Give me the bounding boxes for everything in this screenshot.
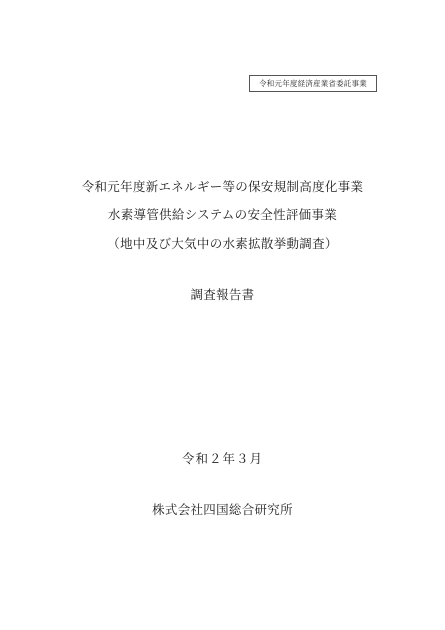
publication-date: 令和２年３月 xyxy=(0,449,445,467)
report-type-heading: 調査報告書 xyxy=(0,285,445,303)
title-line-1: 令和元年度新エネルギー等の保安規制高度化事業 xyxy=(0,177,445,195)
organization-name: 株式会社四国総合研究所 xyxy=(0,500,445,518)
document-cover-page: 令和元年度経済産業省委託事業 令和元年度新エネルギー等の保安規制高度化事業 水素… xyxy=(0,0,445,630)
title-line-3: （地中及び大気中の水素拡散挙動調査） xyxy=(0,234,445,252)
title-line-2: 水素導管供給システムの安全性評価事業 xyxy=(0,205,445,223)
commission-label-box: 令和元年度経済産業省委託事業 xyxy=(249,75,377,92)
